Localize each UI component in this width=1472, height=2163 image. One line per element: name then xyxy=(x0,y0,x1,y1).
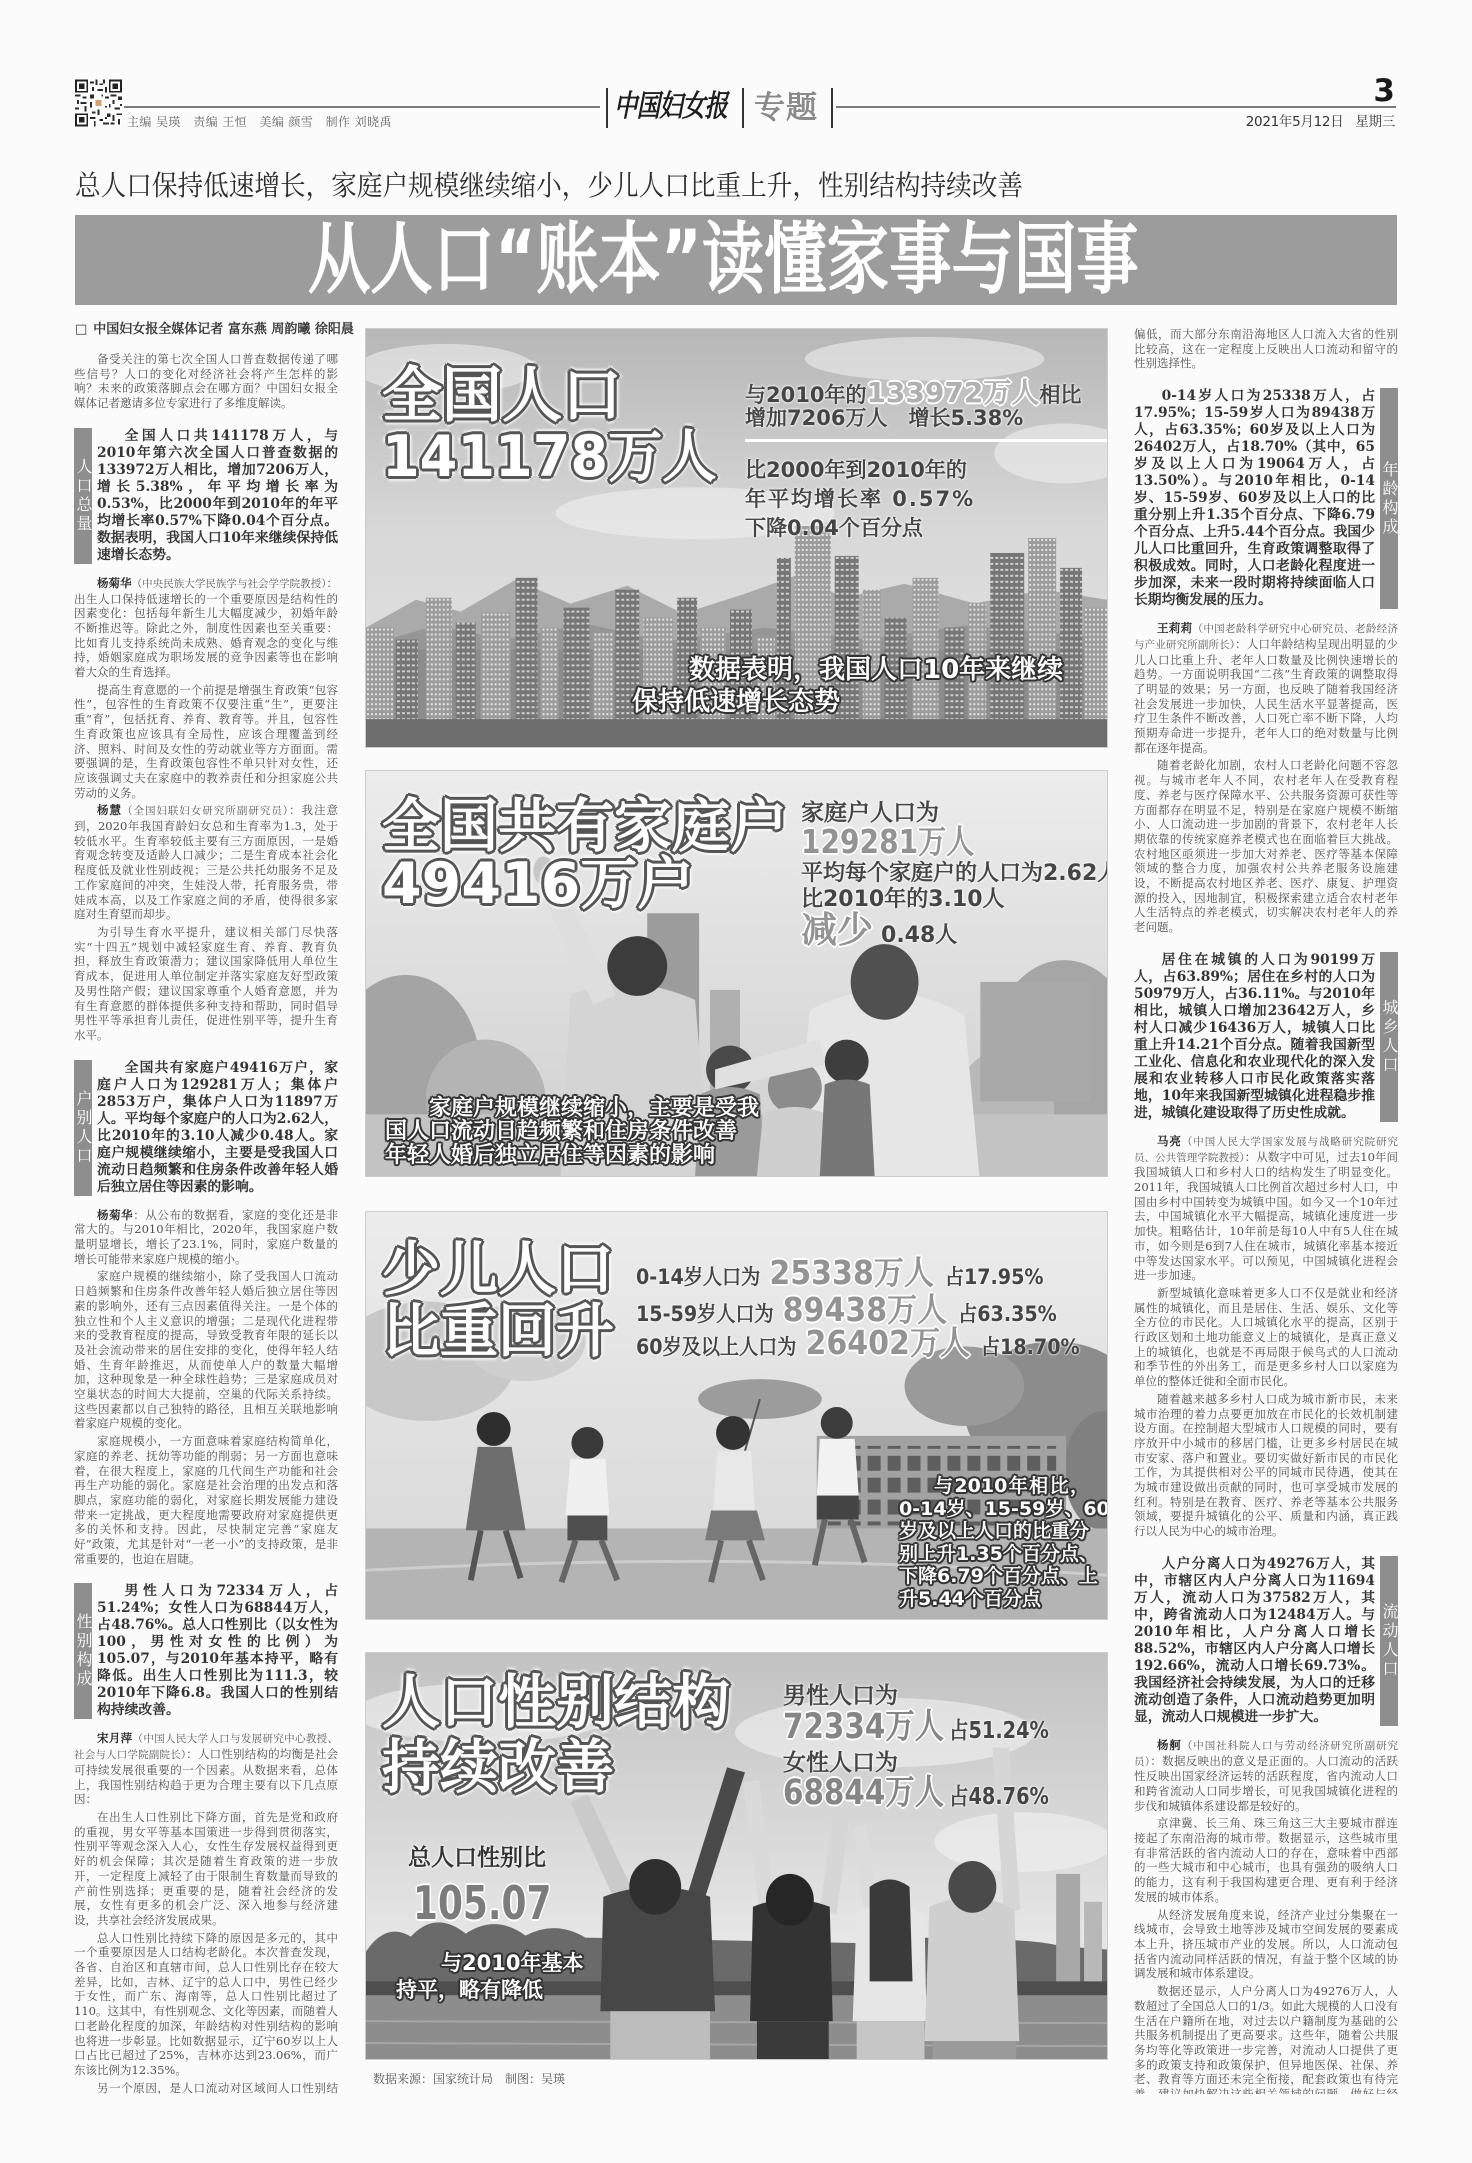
paragraph-text: ：出生人口保持低速增长的一个重要原因是结构性的因素变化：包括每年新生儿大幅度减少… xyxy=(74,576,338,679)
date: 2021年5月12日 xyxy=(1246,114,1344,130)
caption-line: 0-14岁、15-59岁、60 xyxy=(899,1498,1089,1521)
caption-line-2: 国人口流动日趋频繁和住房条件改善 xyxy=(385,1120,737,1144)
paragraph: 新型城镇化意味着更多人口不仅是就业和经济属性的城镇化，而且是居住、生活、娱乐、文… xyxy=(1134,1286,1398,1389)
data-block-total-population: 人口总量 全国人口共141178万人，与2010年第六次全国人口普查数据的133… xyxy=(74,428,338,564)
headline-children-population: 少儿人口 xyxy=(382,1239,614,1300)
masthead-divider xyxy=(742,88,744,128)
data-paragraph: 0-14岁人口为25338万人，占17.95%；15-59岁人口为89438万人… xyxy=(1134,388,1375,609)
age-change-caption: 与2010年相比， 0-14岁、15-59岁、60 岁及以上人口的比重分 别上升… xyxy=(899,1475,1089,1610)
section-tag: 城乡人口 xyxy=(1380,952,1398,1122)
age-row-label: 60岁及以上人口为 xyxy=(636,1329,796,1365)
page-title: 从人口“账本”读懂家事与国事 xyxy=(75,215,1371,305)
paragraph: 家庭规模小，一方面意味着家庭结构简单化，家庭的养老、抚幼等功能的削弱；另一方面也… xyxy=(74,1434,338,1566)
data-paragraph: 人户分离人口为49276万人，其中，市辖区内人户分离人口为11694万人，流动人… xyxy=(1134,1556,1375,1726)
paragraph-text: ：从数字中可见，过去10年间我国城镇人口和乡村人口的结构发生了明显变化。2011… xyxy=(1134,1150,1398,1283)
rate-line-2: 年平均增长率 0.57% xyxy=(745,487,975,511)
paragraph: 随着越来越多乡村人口成为城市新市民，未来城市治理的着力点要更加放在市民化的长效机… xyxy=(1134,1392,1398,1539)
paragraph: 数据还显示，人户分离人口为49276万人，人数超过了全国总人口的1/3。如此大规… xyxy=(1134,1984,1398,2094)
infographic-sex-structure: 人口性别结构 持续改善 男性人口为 72334万人 占51.24% 女性人口为 … xyxy=(365,1652,1108,2060)
paragraph: 总人口性别比持续下降的原因是多元的，其中一个重要原因是人口结构老龄化。本次普查发… xyxy=(74,1931,338,2078)
page-number: 3 xyxy=(1373,74,1395,108)
female-population-value: 68844万人 xyxy=(783,1774,944,1812)
speaker-name: 杨舸 xyxy=(1157,1738,1182,1752)
speaker-name: 杨菊华 xyxy=(97,1208,133,1222)
paragraph: 随着老龄化加剧，农村人口老龄化问题不容忽视。与城市老年人不同，农村老年人在受教育… xyxy=(1134,758,1398,934)
infographic-households: 全国共有家庭户 49416万户 家庭户人口为 129281万人 平均每个家庭户的… xyxy=(365,770,1108,1177)
data-block-age-structure: 年龄构成 0-14岁人口为25338万人，占17.95%；15-59岁人口为89… xyxy=(1134,388,1398,609)
headline-households-value: 49416万户 xyxy=(382,855,694,915)
data-paragraph: 居住在城镇的人口为90199万人，占63.89%；居住在乡村的人口为50979万… xyxy=(1134,952,1375,1122)
caption-line-2: 保持低速增长态势 xyxy=(632,687,840,717)
section-tag-label: 城乡人口 xyxy=(1380,999,1398,1075)
age-row-0-14: 0-14岁人口为 25338万人 占17.95% xyxy=(636,1255,1044,1295)
age-row-60-plus: 60岁及以上人口为 26402万人 占18.70% xyxy=(636,1325,1080,1365)
headline-improving: 持续改善 xyxy=(382,1737,614,1798)
age-row-value: 26402万人 xyxy=(805,1325,970,1361)
right-text-column: 偏低，而大部分东南沿海地区人口流入大省的性别比较高，这在一定程度上反映出人口流动… xyxy=(1134,327,1398,2094)
section-tag: 户别人口 xyxy=(74,1060,92,1196)
expert-paragraph: 马亮（中国人民大学国家发展与战略研究院研究员、公共管理学院教授）：从数字中可见，… xyxy=(1134,1134,1398,1283)
paragraph-text: ：数据反映出的意义是正面的。人口流动的活跃性反映出国家经济运转的活跃程度，省内流… xyxy=(1134,1754,1398,1813)
decrease-word: 减少 xyxy=(801,911,873,951)
data-paragraph: 全国共有家庭户49416万户，家庭户人口为129281万人；集体户2853万户，… xyxy=(97,1060,338,1196)
byline: □中国妇女报全媒体记者 富东燕 周韵曦 徐阳晨 xyxy=(75,321,354,339)
paragraph: 从经济发展角度来说，经济产业过分集聚在一线城市，会导致土地等涉及城市空间发展的要… xyxy=(1134,1908,1398,1982)
caption-line-3: 年轻人婚后独立居住等因素的影响 xyxy=(385,1144,715,1168)
data-block-migration: 流动人口 人户分离人口为49276万人，其中，市辖区内人户分离人口为11694万… xyxy=(1134,1556,1398,1726)
female-population-share: 占48.76% xyxy=(949,1778,1049,1816)
caption-line-1: 数据表明，我国人口10年来继续 xyxy=(689,655,1063,685)
decrease-value: 0.48人 xyxy=(881,916,957,956)
male-population-value: 72334万人 xyxy=(783,1708,944,1746)
left-text-column: 备受关注的第七次全国人口普查数据传递了哪些信号？人口的变化对经济社会将产生怎样的… xyxy=(74,352,338,2094)
data-block-gender: 性别构成 男性人口为72334万人，占51.24%；女性人口为68844万人，占… xyxy=(74,1583,338,1719)
paragraph: 家庭户规模的继续缩小，除了受我国人口流动日趋频繁和住房条件改善年轻人婚后独立居住… xyxy=(74,1269,338,1431)
speaker-name: 马亮 xyxy=(1157,1134,1182,1148)
caption-line: 升5.44个百分点 xyxy=(899,1588,1089,1611)
comparison-value: 133972万人 xyxy=(866,378,1039,408)
expert-paragraph: 杨菊华（中央民族大学民族学与社会学学院教授）：出生人口保持低速增长的一个重要原因… xyxy=(74,576,338,680)
comparison-suffix: 相比 xyxy=(1039,380,1081,410)
age-row-value: 25338万人 xyxy=(769,1255,934,1291)
data-paragraph: 男性人口为72334万人，占51.24%；女性人口为68844万人，占48.76… xyxy=(97,1583,338,1719)
sex-ratio-label: 总人口性别比 xyxy=(408,1845,546,1871)
masthead-divider xyxy=(831,88,833,128)
expert-paragraph: 杨菊华：从公布的数据看，家庭的变化还是非常大的。与2010年相比，2020年，我… xyxy=(74,1208,338,1267)
masthead-divider xyxy=(606,88,608,128)
section-tag: 性别构成 xyxy=(74,1583,92,1719)
section-tag: 流动人口 xyxy=(1380,1556,1398,1726)
infographic-age-structure: 少儿人口 比重回升 0-14岁人口为 25338万人 占17.95% 15-59… xyxy=(365,1211,1108,1620)
sex-ratio-note-line-2: 持平，略有降低 xyxy=(396,1978,543,2002)
female-population-stat: 68844万人 占48.76% xyxy=(783,1774,1049,1816)
graphic-credit: 数据来源：国家统计局 制图：吴瑛 xyxy=(373,2070,565,2087)
section-tag: 人口总量 xyxy=(74,428,92,564)
age-row-label: 0-14岁人口为 xyxy=(636,1259,760,1295)
paragraph: 在出生人口性别比下降方面，首先是党和政府的重视，男女平等基本国策进一步得到贯彻落… xyxy=(74,1810,338,1928)
weekday: 星期三 xyxy=(1355,114,1395,130)
caption-line: 与2010年相比， xyxy=(899,1475,1089,1498)
expert-paragraph: 杨慧（全国妇联妇女研究所副研究员）：我注意到，2020年我国育龄妇女总和生育率为… xyxy=(74,803,338,922)
section-tag-label: 户别人口 xyxy=(74,1090,92,1166)
age-row-share: 占17.95% xyxy=(945,1259,1044,1295)
caption-line-1: 家庭户规模继续缩小，主要是受我 xyxy=(429,1097,759,1121)
paragraph: 京津冀、长三角、珠三角这三大主要城市群连接起了东南沿海的城市带。数据显示，这些城… xyxy=(1134,1816,1398,1904)
household-population-value: 129281万人 xyxy=(801,823,974,861)
speaker-affiliation: （中央民族大学民族学与社会学学院教授） xyxy=(132,578,327,590)
section-tag: 年龄构成 xyxy=(1380,388,1398,609)
section-name: 专题 xyxy=(754,87,818,129)
paragraph-text: ：我注意到，2020年我国育龄妇女总和生育率为1.3，处于较低水平。生育率较低主… xyxy=(74,803,338,921)
data-block-urban-rural: 城乡人口 居住在城镇的人口为90199万人，占63.89%；居住在乡村的人口为5… xyxy=(1134,952,1398,1122)
male-population-stat: 72334万人 占51.24% xyxy=(783,1708,1049,1750)
sex-ratio-value: 105.07 xyxy=(413,1879,551,1927)
paragraph: 另一个原因，是人口流动对区域间人口性别结构带来的较大影响。本次普查发现，中西部人… xyxy=(74,2081,338,2094)
headline-households: 全国共有家庭户 xyxy=(382,796,788,857)
expert-paragraph: 王莉莉（中国老龄科学研究中心研究员、老龄经济与产业研究所副所长）：人口年龄结构呈… xyxy=(1134,621,1398,755)
increase-stat: 增加7206万人 增长5.38% xyxy=(745,406,1023,430)
byline-text: 中国妇女报全媒体记者 富东燕 周韵曦 徐阳晨 xyxy=(93,322,354,337)
paper-name: 中国妇女报 xyxy=(614,86,727,128)
caption-line: 别上升1.35个百分点、 xyxy=(899,1543,1089,1566)
male-population-share: 占51.24% xyxy=(949,1712,1049,1750)
age-row-share: 占18.70% xyxy=(981,1329,1080,1365)
paragraph: 为引导生育水平提升，建议相关部门尽快落实“十四五”规划中减轻家庭生育、养育、教育… xyxy=(74,925,338,1043)
paragraph-text: ：人口年龄结构呈现出明显的少儿人口比重上升、老年人口数量及比例快速增长的趋势。一… xyxy=(1134,637,1398,755)
household-size-decrease: 减少 0.48人 xyxy=(801,911,957,956)
speaker-affiliation: （全国妇联妇女研究所副研究员） xyxy=(122,805,289,817)
paragraph: 提高生育意愿的一个前提是增强生育政策“包容性”，包容性的生育政策不仅要注重“生”… xyxy=(74,683,338,801)
distant-tower xyxy=(1056,1874,1080,1985)
section-tag-label: 人口总量 xyxy=(74,458,92,534)
headline-total-value: 141178万人 xyxy=(382,428,716,488)
issue-date: 2021年5月12日星期三 xyxy=(1246,110,1395,130)
expert-paragraph: 宋月萍（中国人民大学人口与发展研究中心教授、社会与人口学院副院长）：人口性别结构… xyxy=(74,1731,338,1807)
title-banner: 从人口“账本”读懂家事与国事 xyxy=(75,215,1397,305)
newspaper-page: 主编 吴瑛 责编 王恒 美编 颜雪 制作 刘晓禹 中国妇女报 专题 3 2021… xyxy=(0,0,1472,2163)
section-tag-label: 性别构成 xyxy=(74,1613,92,1689)
infographic-total-population: 全国人口 141178万人 与2010年的 133972万人 相比 增加7206… xyxy=(365,328,1108,748)
data-paragraph: 全国人口共141178万人，与2010年第六次全国人口普查数据的133972万人… xyxy=(97,428,338,564)
section-tag-label: 流动人口 xyxy=(1380,1603,1398,1679)
rate-line-1: 比2000年到2010年的 xyxy=(745,458,967,482)
masthead-logo: 中国妇女报 专题 xyxy=(600,86,836,130)
distant-tower xyxy=(1084,1902,1102,1992)
speaker-name: 王莉莉 xyxy=(1157,621,1193,635)
average-household-size: 平均每个家庭户的人口为2.62人 xyxy=(801,861,1108,887)
headline-total-population: 全国人口 xyxy=(382,365,622,428)
speaker-name: 杨菊华 xyxy=(97,576,132,590)
section-tag-label: 年龄构成 xyxy=(1380,461,1398,537)
headline-kicker: 总人口保持低速增长，家庭户规模继续缩小，少儿人口比重上升，性别结构持续改善 xyxy=(75,168,1023,204)
page-title-text: 从人口“账本”读懂家事与国事 xyxy=(308,215,1139,305)
speaker-name: 宋月萍 xyxy=(97,1731,133,1745)
headline-share-rising: 比重回升 xyxy=(382,1301,614,1362)
expert-paragraph: 杨舸（中国社科院人口与劳动经济研究所副研究员）：数据反映出的意义是正面的。人口流… xyxy=(1134,1738,1398,1814)
qr-code-icon xyxy=(75,79,122,127)
male-population-label: 男性人口为 xyxy=(783,1683,898,1709)
continued-paragraph: 偏低，而大部分东南沿海地区人口流入大省的性别比较高，这在一定程度上反映出人口流动… xyxy=(1134,327,1398,371)
editor-credits: 主编 吴瑛 责编 王恒 美编 颜雪 制作 刘晓禹 xyxy=(127,113,392,130)
stat-divider xyxy=(745,439,1108,442)
caption-line: 下降6.79个百分点、上 xyxy=(899,1565,1089,1588)
headline-sex-structure: 人口性别结构 xyxy=(382,1672,730,1733)
intro-paragraph: 备受关注的第七次全国人口普查数据传递了哪些信号？人口的变化对经济社会将产生怎样的… xyxy=(74,352,338,411)
data-block-household: 户别人口 全国共有家庭户49416万户，家庭户人口为129281万人；集体户28… xyxy=(74,1060,338,1196)
speaker-name: 杨慧 xyxy=(97,803,122,817)
rate-line-3: 下降0.04个百分点 xyxy=(745,516,923,540)
sex-ratio-note-line-1: 与2010年基本 xyxy=(441,1951,583,1975)
caption-line: 岁及以上人口的比重分 xyxy=(899,1520,1089,1543)
square-bullet-icon: □ xyxy=(75,322,87,337)
